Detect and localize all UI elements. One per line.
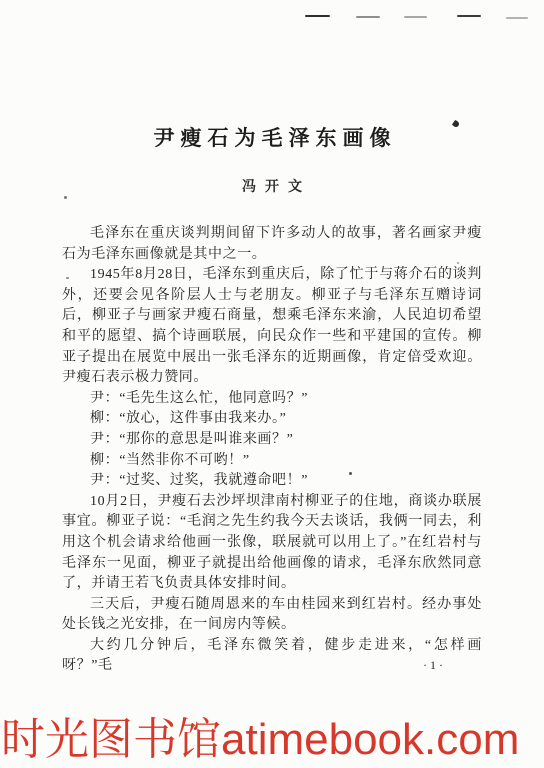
paragraph: 1945年8月28日，毛泽东到重庆后，除了忙于与蒋介石的谈判外，还要会见各阶层人… bbox=[62, 265, 482, 389]
scan-dash bbox=[356, 16, 380, 18]
paragraph: 尹：“毛先生这么忙，他同意吗？” bbox=[62, 389, 482, 410]
paragraph: 尹：“过奖、过奖，我就遵命吧！” bbox=[62, 471, 482, 492]
watermark-text: 时光图书馆atimebook.com bbox=[1, 716, 544, 764]
scan-speck bbox=[457, 262, 459, 264]
paragraph: 尹：“那你的意思是叫谁来画？” bbox=[62, 430, 482, 451]
paragraph: 10月2日，尹瘦石去沙坪坝津南村柳亚子的住地，商谈办联展事宜。柳亚子说：“毛润之… bbox=[62, 492, 482, 595]
scan-speck bbox=[349, 472, 352, 475]
paragraph: 柳：“当然非你不可哟！” bbox=[62, 451, 482, 472]
author-name: 冯开文 bbox=[0, 176, 544, 196]
article-body: 毛泽东在重庆谈判期间留下许多动人的故事，著名画家尹瘦石为毛泽东画像就是其中之一。… bbox=[62, 224, 482, 677]
scan-dash bbox=[506, 17, 528, 19]
paragraph: 柳：“放心，这件事由我来办。” bbox=[62, 409, 482, 430]
page-title: 尹瘦石为毛泽东画像 bbox=[0, 122, 544, 152]
scan-speck bbox=[66, 277, 69, 279]
paragraph: 三天后，尹瘦石随周恩来的车由桂园来到红岩村。经办事处处长钱之光安排，在一间房内等… bbox=[62, 595, 482, 636]
page-number: ·1· bbox=[62, 658, 482, 673]
book-page: 尹瘦石为毛泽东画像 冯开文 毛泽东在重庆谈判期间留下许多动人的故事，著名画家尹瘦… bbox=[0, 0, 544, 768]
scan-dash bbox=[404, 16, 427, 18]
scan-dash bbox=[305, 15, 330, 17]
scan-speck bbox=[64, 196, 67, 199]
scan-dash bbox=[457, 15, 481, 17]
paragraph: 毛泽东在重庆谈判期间留下许多动人的故事，著名画家尹瘦石为毛泽东画像就是其中之一。 bbox=[62, 224, 482, 265]
